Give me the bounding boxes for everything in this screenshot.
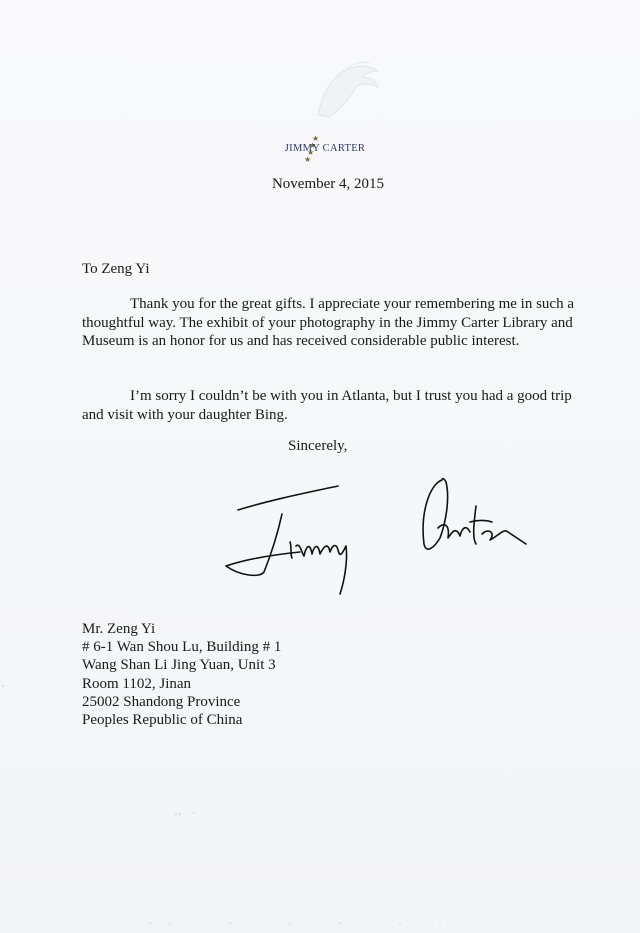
letter-date: November 4, 2015 [0, 176, 640, 193]
eagle-emblem-icon [300, 55, 390, 125]
closing: Sincerely, [288, 438, 347, 455]
signature-handwritten [220, 462, 540, 602]
letterhead: ★ ★ ★ ★ JIMMY CARTER [0, 55, 640, 165]
address-line: # 6-1 Wan Shou Lu, Building # 1 [82, 638, 281, 656]
address-line: Peoples Republic of China [82, 711, 281, 729]
address-line: Room 1102, Jinan [82, 675, 281, 693]
salutation: To Zeng Yi [82, 260, 150, 278]
star-icon: ★ [304, 156, 311, 164]
body-paragraph-1: Thank you for the great gifts. I appreci… [82, 295, 582, 351]
address-line: Mr. Zeng Yi [82, 620, 281, 638]
letter-page: ★ ★ ★ ★ JIMMY CARTER November 4, 2015 To… [0, 0, 640, 933]
body-paragraph-2: I’m sorry I couldn’t be with you in Atla… [82, 387, 582, 424]
recipient-address: Mr. Zeng Yi # 6-1 Wan Shou Lu, Building … [82, 620, 281, 729]
letterhead-name: JIMMY CARTER [0, 143, 640, 154]
address-line: Wang Shan Li Jing Yuan, Unit 3 [82, 656, 281, 674]
address-line: 25002 Shandong Province [82, 693, 281, 711]
